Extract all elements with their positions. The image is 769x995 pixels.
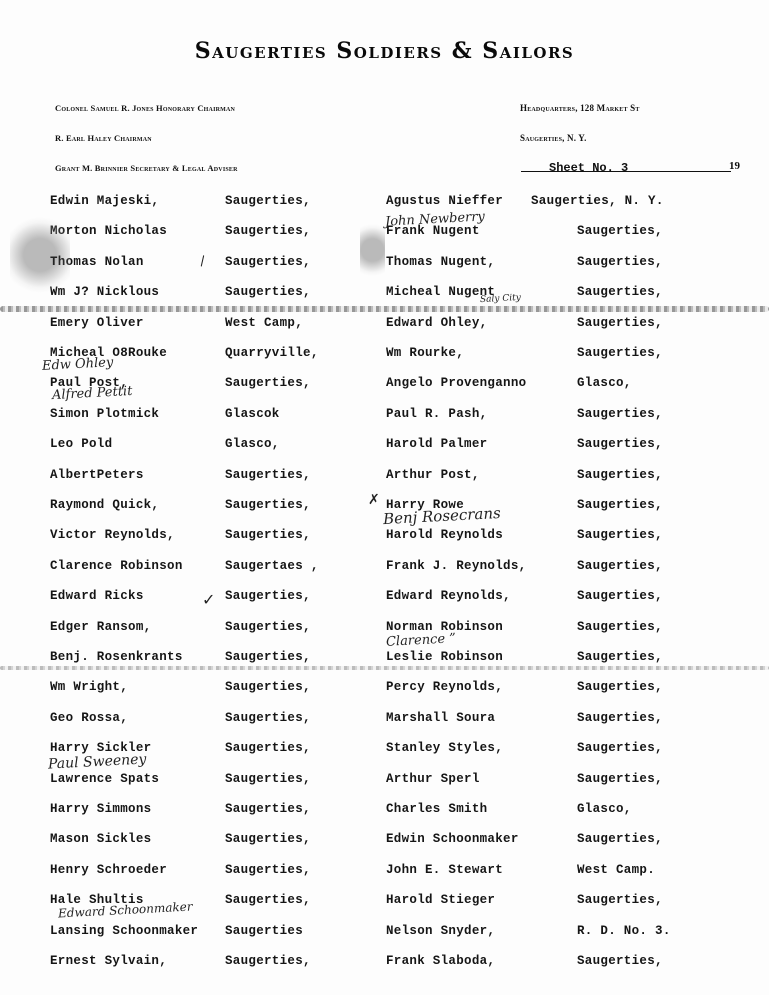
roster-place: Saugerties bbox=[225, 924, 303, 938]
roster-name: Edward Reynolds, bbox=[386, 589, 511, 603]
roster-place: Saugerties, bbox=[577, 772, 663, 786]
x-mark: ✗ bbox=[368, 492, 380, 508]
handwritten-note: Edw Ohley bbox=[42, 355, 114, 374]
roster-name: Nelson Snyder, bbox=[386, 924, 495, 938]
roster-place: West Camp. bbox=[577, 863, 655, 877]
roster-name: Victor Reynolds, bbox=[50, 528, 175, 542]
roster-name: Angelo Provenganno bbox=[386, 376, 526, 390]
roster-place: R. D. No. 3. bbox=[577, 924, 671, 938]
roster-place: Saugerties, bbox=[225, 802, 311, 816]
smudge bbox=[10, 210, 70, 300]
roster-name: Frank Slaboda, bbox=[386, 954, 495, 968]
handwritten-note: Clarence ” bbox=[386, 631, 457, 650]
roster-name: Micheal Nugent bbox=[386, 285, 495, 299]
roster-name: Harold Palmer bbox=[386, 437, 487, 451]
roster-place: Saugerties, bbox=[225, 863, 311, 877]
roster-place: West Camp, bbox=[225, 316, 303, 330]
roster-name: Marshall Soura bbox=[386, 711, 495, 725]
roster-name: John E. Stewart bbox=[386, 863, 503, 877]
roster-name: Edwin Schoonmaker bbox=[386, 832, 519, 846]
roster-place: Saugerties, bbox=[225, 680, 311, 694]
roster-name: Ernest Sylvain, bbox=[50, 954, 167, 968]
roster-name: Raymond Quick, bbox=[50, 498, 159, 512]
roster-place: Saugerties, bbox=[225, 285, 311, 299]
roster-place: Saugerties, bbox=[577, 620, 663, 634]
roster-name: Simon Plotmick bbox=[50, 407, 159, 421]
roster-name: Frank J. Reynolds, bbox=[386, 559, 526, 573]
check-mark: \ bbox=[197, 254, 208, 269]
roster-place: Saugerties, N. Y. bbox=[531, 194, 664, 208]
roster-place: Saugerties, bbox=[225, 468, 311, 482]
roster-place: Saugerties, bbox=[577, 528, 663, 542]
roster-place: Saugerties, bbox=[577, 680, 663, 694]
roster-place: Saugerties, bbox=[225, 620, 311, 634]
roster-place: Saugerties, bbox=[225, 772, 311, 786]
fold-stain bbox=[0, 306, 769, 312]
roster-name: Wm Wright, bbox=[50, 680, 128, 694]
roster-place: Saugerties, bbox=[577, 741, 663, 755]
smudge bbox=[360, 215, 385, 285]
roster-place: Saugerties, bbox=[225, 711, 311, 725]
roster-place: Saugerties, bbox=[577, 832, 663, 846]
city-line: Saugerties, N. Y. bbox=[520, 133, 587, 143]
roster-name: Mason Sickles bbox=[50, 832, 151, 846]
roster-name: Thomas Nugent, bbox=[386, 255, 495, 269]
roster-place: Saugerties, bbox=[577, 224, 663, 238]
year-prefix: 19 bbox=[729, 160, 740, 172]
roster-place: Saugerties, bbox=[577, 316, 663, 330]
roster-place: Glasco, bbox=[577, 376, 632, 390]
sheet-number: Sheet No. 3 19 bbox=[521, 163, 743, 177]
document-page: Saugerties Soldiers & Sailors Colonel Sa… bbox=[0, 0, 769, 995]
roster-place: Saugerties, bbox=[577, 650, 663, 664]
roster-name: Harold Stieger bbox=[386, 893, 495, 907]
roster-name: Emery Oliver bbox=[50, 316, 144, 330]
honorary-chairman-line: Colonel Samuel R. Jones Honorary Chairma… bbox=[55, 103, 235, 113]
roster-place: Glasco, bbox=[577, 802, 632, 816]
roster-place: Saugerties, bbox=[225, 954, 311, 968]
roster-name: Wm Rourke, bbox=[386, 346, 464, 360]
fold-stain-lower bbox=[0, 666, 769, 670]
roster-place: Saugerties, bbox=[225, 528, 311, 542]
headquarters-address: Headquarters, 128 Market St bbox=[520, 103, 640, 113]
chairman-line: R. Earl Haley Chairman bbox=[55, 133, 152, 143]
roster-name: Edwin Majeski, bbox=[50, 194, 159, 208]
roster-place: Glascok bbox=[225, 407, 280, 421]
roster-name: AlbertPeters bbox=[50, 468, 144, 482]
secretary-line: Grant M. Brinnier Secretary & Legal Advi… bbox=[55, 163, 238, 173]
roster-place: Quarryville, bbox=[225, 346, 319, 360]
roster-name: Benj. Rosenkrants bbox=[50, 650, 183, 664]
letterhead-title: Saugerties Soldiers & Sailors bbox=[0, 38, 769, 64]
sheet-label: Sheet No. 3 bbox=[549, 161, 628, 175]
roster-place: Glasco, bbox=[225, 437, 280, 451]
roster-name: Edward Ricks bbox=[50, 589, 144, 603]
roster-place: Saugerties, bbox=[225, 194, 311, 208]
roster-place: Saugerties, bbox=[225, 893, 311, 907]
roster-place: Saugerties, bbox=[577, 893, 663, 907]
roster-place: Saugerties, bbox=[577, 285, 663, 299]
roster-place: Saugerties, bbox=[225, 832, 311, 846]
roster-place: Saugerties, bbox=[225, 255, 311, 269]
handwritten-note: Saly City bbox=[480, 293, 521, 305]
roster-place: Saugerties, bbox=[577, 346, 663, 360]
check-mark: ✓ bbox=[202, 590, 215, 609]
roster-name: Harold Reynolds bbox=[386, 528, 503, 542]
roster-place: Saugerties, bbox=[577, 954, 663, 968]
roster-name: Lawrence Spats bbox=[50, 772, 159, 786]
roster-name: Geo Rossa, bbox=[50, 711, 128, 725]
roster-place: Saugerties, bbox=[577, 468, 663, 482]
roster-name: Leslie Robinson bbox=[386, 650, 503, 664]
roster-name: Arthur Post, bbox=[386, 468, 480, 482]
roster-name: Edward Ohley, bbox=[386, 316, 487, 330]
roster-place: Saugerties, bbox=[225, 741, 311, 755]
roster-name: Agustus Nieffer bbox=[386, 194, 503, 208]
roster-place: Saugertaes , bbox=[225, 559, 319, 573]
roster-name: Percy Reynolds, bbox=[386, 680, 503, 694]
roster-place: Saugerties, bbox=[225, 498, 311, 512]
roster-name: Lansing Schoonmaker bbox=[50, 924, 198, 938]
roster-place: Saugerties, bbox=[225, 589, 311, 603]
roster-name: Harry Simmons bbox=[50, 802, 151, 816]
roster-name: Clarence Robinson bbox=[50, 559, 183, 573]
roster-place: Saugerties, bbox=[577, 407, 663, 421]
roster-name: Edger Ransom, bbox=[50, 620, 151, 634]
roster-place: Saugerties, bbox=[225, 376, 311, 390]
roster-place: Saugerties, bbox=[577, 559, 663, 573]
roster-place: Saugerties, bbox=[225, 224, 311, 238]
roster-place: Saugerties, bbox=[225, 650, 311, 664]
roster-place: Saugerties, bbox=[577, 711, 663, 725]
handwritten-note: Alfred Pettit bbox=[52, 384, 133, 403]
roster-name: Arthur Sperl bbox=[386, 772, 480, 786]
roster-name: Henry Schroeder bbox=[50, 863, 167, 877]
roster-name: Stanley Styles, bbox=[386, 741, 503, 755]
roster-place: Saugerties, bbox=[577, 589, 663, 603]
roster-name: Paul R. Pash, bbox=[386, 407, 487, 421]
roster-place: Saugerties, bbox=[577, 255, 663, 269]
roster-place: Saugerties, bbox=[577, 498, 663, 512]
roster-name: Leo Pold bbox=[50, 437, 112, 451]
roster-name: Charles Smith bbox=[386, 802, 487, 816]
roster-place: Saugerties, bbox=[577, 437, 663, 451]
